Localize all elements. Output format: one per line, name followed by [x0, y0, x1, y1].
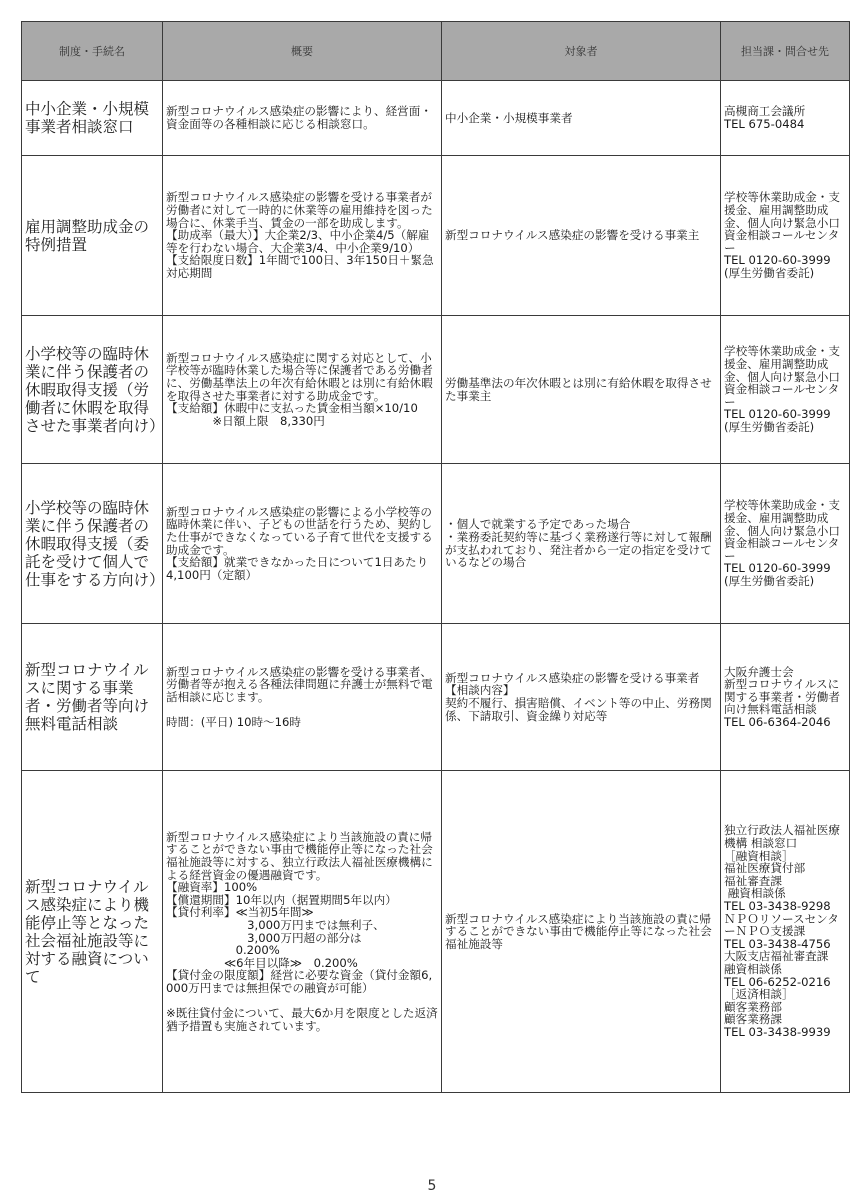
- header-target: 対象者: [442, 22, 721, 81]
- program-target: ・個人で就業する予定であった場合 ・業務委託契約等に基づく業務遂行等に対して報酬…: [442, 464, 721, 624]
- table-row: 中小企業・小規模事業者相談窓口 新型コロナウイルス感染症の影響により、経営面・資…: [22, 81, 850, 156]
- header-summary: 概要: [163, 22, 442, 81]
- program-summary: 新型コロナウイルス感染症により当該施設の責に帰することができない事由で機能停止等…: [163, 771, 442, 1093]
- table-row: 新型コロナウイルス感染症により機能停止等となった社会福祉施設等に対する融資につい…: [22, 771, 850, 1093]
- table-row: 小学校等の臨時休業に伴う保護者の休暇取得支援（労働者に休暇を取得させた事業者向け…: [22, 316, 850, 464]
- program-summary: 新型コロナウイルス感染症の影響による小学校等の臨時休業に伴い、子どもの世話を行う…: [163, 464, 442, 624]
- header-program-name: 制度・手続名: [22, 22, 163, 81]
- program-contact: 学校等休業助成金・支援金、雇用調整助成金、個人向け緊急小口資金相談コールセンター…: [721, 156, 850, 316]
- program-name: 小学校等の臨時休業に伴う保護者の休暇取得支援（労働者に休暇を取得させた事業者向け…: [22, 316, 163, 464]
- program-contact: 高槻商工会議所 TEL 675-0484: [721, 81, 850, 156]
- program-target: 労働基準法の年次休暇とは別に有給休暇を取得させた事業主: [442, 316, 721, 464]
- program-name: 新型コロナウイルス感染症により機能停止等となった社会福祉施設等に対する融資につい…: [22, 771, 163, 1093]
- program-contact: 学校等休業助成金・支援金、雇用調整助成金、個人向け緊急小口資金相談コールセンター…: [721, 316, 850, 464]
- table-row: 新型コロナウイルスに関する事業者・労働者等向け無料電話相談 新型コロナウイルス感…: [22, 624, 850, 771]
- page-number: 5: [0, 1178, 864, 1194]
- program-target: 新型コロナウイルス感染症により当該施設の責に帰することができない事由で機能停止等…: [442, 771, 721, 1093]
- table-row: 雇用調整助成金の特例措置 新型コロナウイルス感染症の影響を受ける事業者が労働者に…: [22, 156, 850, 316]
- program-contact: 大阪弁護士会 新型コロナウイルスに関する事業者・労働者向け無料電話相談 TEL …: [721, 624, 850, 771]
- program-summary: 新型コロナウイルス感染症に関する対応として、小学校等が臨時休業した場合等に保護者…: [163, 316, 442, 464]
- program-target: 中小企業・小規模事業者: [442, 81, 721, 156]
- program-target: 新型コロナウイルス感染症の影響を受ける事業主: [442, 156, 721, 316]
- program-summary: 新型コロナウイルス感染症の影響を受ける事業者が労働者に対して一時的に休業等の雇用…: [163, 156, 442, 316]
- program-summary: 新型コロナウイルス感染症の影響により、経営面・資金面等の各種相談に応じる相談窓口…: [163, 81, 442, 156]
- table-row: 小学校等の臨時休業に伴う保護者の休暇取得支援（委託を受けて個人で仕事をする方向け…: [22, 464, 850, 624]
- program-contact: 独立行政法人福祉医療機構 相談窓口 ［融資相談］ 福祉医療貸付部 福祉審査課 融…: [721, 771, 850, 1093]
- program-summary: 新型コロナウイルス感染症の影響を受ける事業者、労働者等が抱える各種法律問題に弁護…: [163, 624, 442, 771]
- program-name: 小学校等の臨時休業に伴う保護者の休暇取得支援（委託を受けて個人で仕事をする方向け…: [22, 464, 163, 624]
- program-target: 新型コロナウイルス感染症の影響を受ける事業者 【相談内容】 契約不履行、損害賠償…: [442, 624, 721, 771]
- program-name: 雇用調整助成金の特例措置: [22, 156, 163, 316]
- program-name: 中小企業・小規模事業者相談窓口: [22, 81, 163, 156]
- support-programs-table: 制度・手続名 概要 対象者 担当課・問合せ先 中小企業・小規模事業者相談窓口 新…: [21, 21, 850, 1093]
- table-header-row: 制度・手続名 概要 対象者 担当課・問合せ先: [22, 22, 850, 81]
- program-name: 新型コロナウイルスに関する事業者・労働者等向け無料電話相談: [22, 624, 163, 771]
- program-contact: 学校等休業助成金・支援金、雇用調整助成金、個人向け緊急小口資金相談コールセンター…: [721, 464, 850, 624]
- header-contact: 担当課・問合せ先: [721, 22, 850, 81]
